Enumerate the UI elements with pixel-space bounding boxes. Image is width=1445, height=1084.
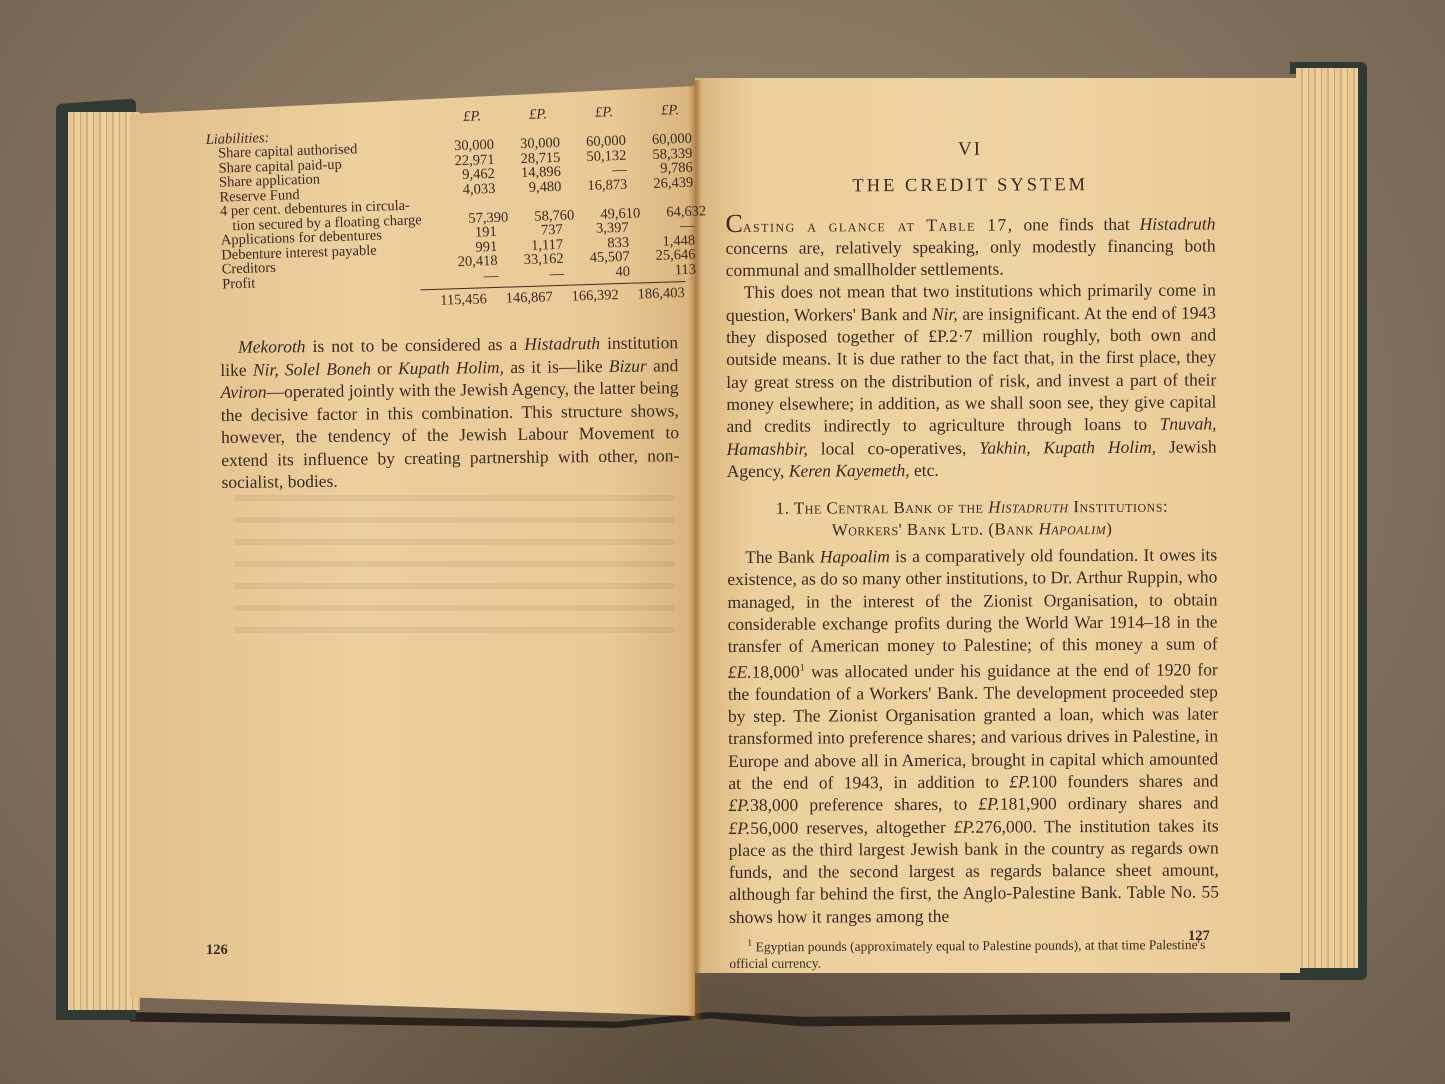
chapter-number: VI (725, 137, 1215, 162)
page-edges-right (1296, 68, 1358, 968)
cell: — (432, 268, 498, 285)
right-page-text: VI THE CREDIT SYSTEM Casting a glance at… (725, 135, 1219, 971)
section-heading: 1. The Central Bank of the Histadruth In… (727, 496, 1217, 543)
cell: 40 (564, 264, 630, 281)
page-number-right: 127 (1188, 928, 1210, 945)
cell: 64,632 (640, 204, 706, 221)
open-book: £P. £P. £P. £P. Liabilities: Share capit… (0, 0, 1445, 1084)
total-cell: 166,392 (553, 288, 619, 305)
opening-paragraph: Casting a glance at Table 17, one finds … (725, 212, 1215, 281)
cell: 4,033 (429, 181, 495, 198)
paragraph: The Bank Hapoalim is a comparatively old… (727, 544, 1219, 928)
book-bottom-edge (130, 1012, 1290, 1028)
cell: 9,480 (495, 179, 561, 196)
column-header: £P. (415, 109, 481, 126)
page-edges-left (68, 112, 140, 1010)
column-header: £P. (481, 107, 547, 124)
cell: 113 (630, 262, 696, 279)
column-header: £P. (613, 103, 679, 120)
page-number-left: 126 (206, 942, 228, 959)
column-header: £P. (547, 105, 613, 122)
cell: 16,873 (561, 177, 627, 194)
small-caps-lead: asting a glance at Table 17, (743, 214, 1014, 235)
liabilities-table: £P. £P. £P. £P. Liabilities: Share capit… (205, 103, 686, 315)
bleed-through-text (235, 485, 675, 645)
paragraph: Mekoroth is not to be considered as a Hi… (220, 331, 680, 493)
total-cell: 186,403 (619, 286, 685, 303)
left-page-paragraph: Mekoroth is not to be considered as a Hi… (220, 331, 680, 493)
cell: — (498, 266, 564, 283)
chapter-title: THE CREDIT SYSTEM (725, 174, 1215, 199)
paragraph: This does not mean that two institutions… (726, 279, 1217, 482)
cell: 26,439 (627, 175, 693, 192)
footnote: 1 Egyptian pounds (approximately equal t… (729, 933, 1219, 971)
drop-cap: C (725, 209, 742, 238)
total-cell: 115,456 (421, 292, 487, 309)
footnote-text: Egyptian pounds (approximately equal to … (729, 937, 1205, 970)
total-cell: 146,867 (487, 290, 553, 307)
